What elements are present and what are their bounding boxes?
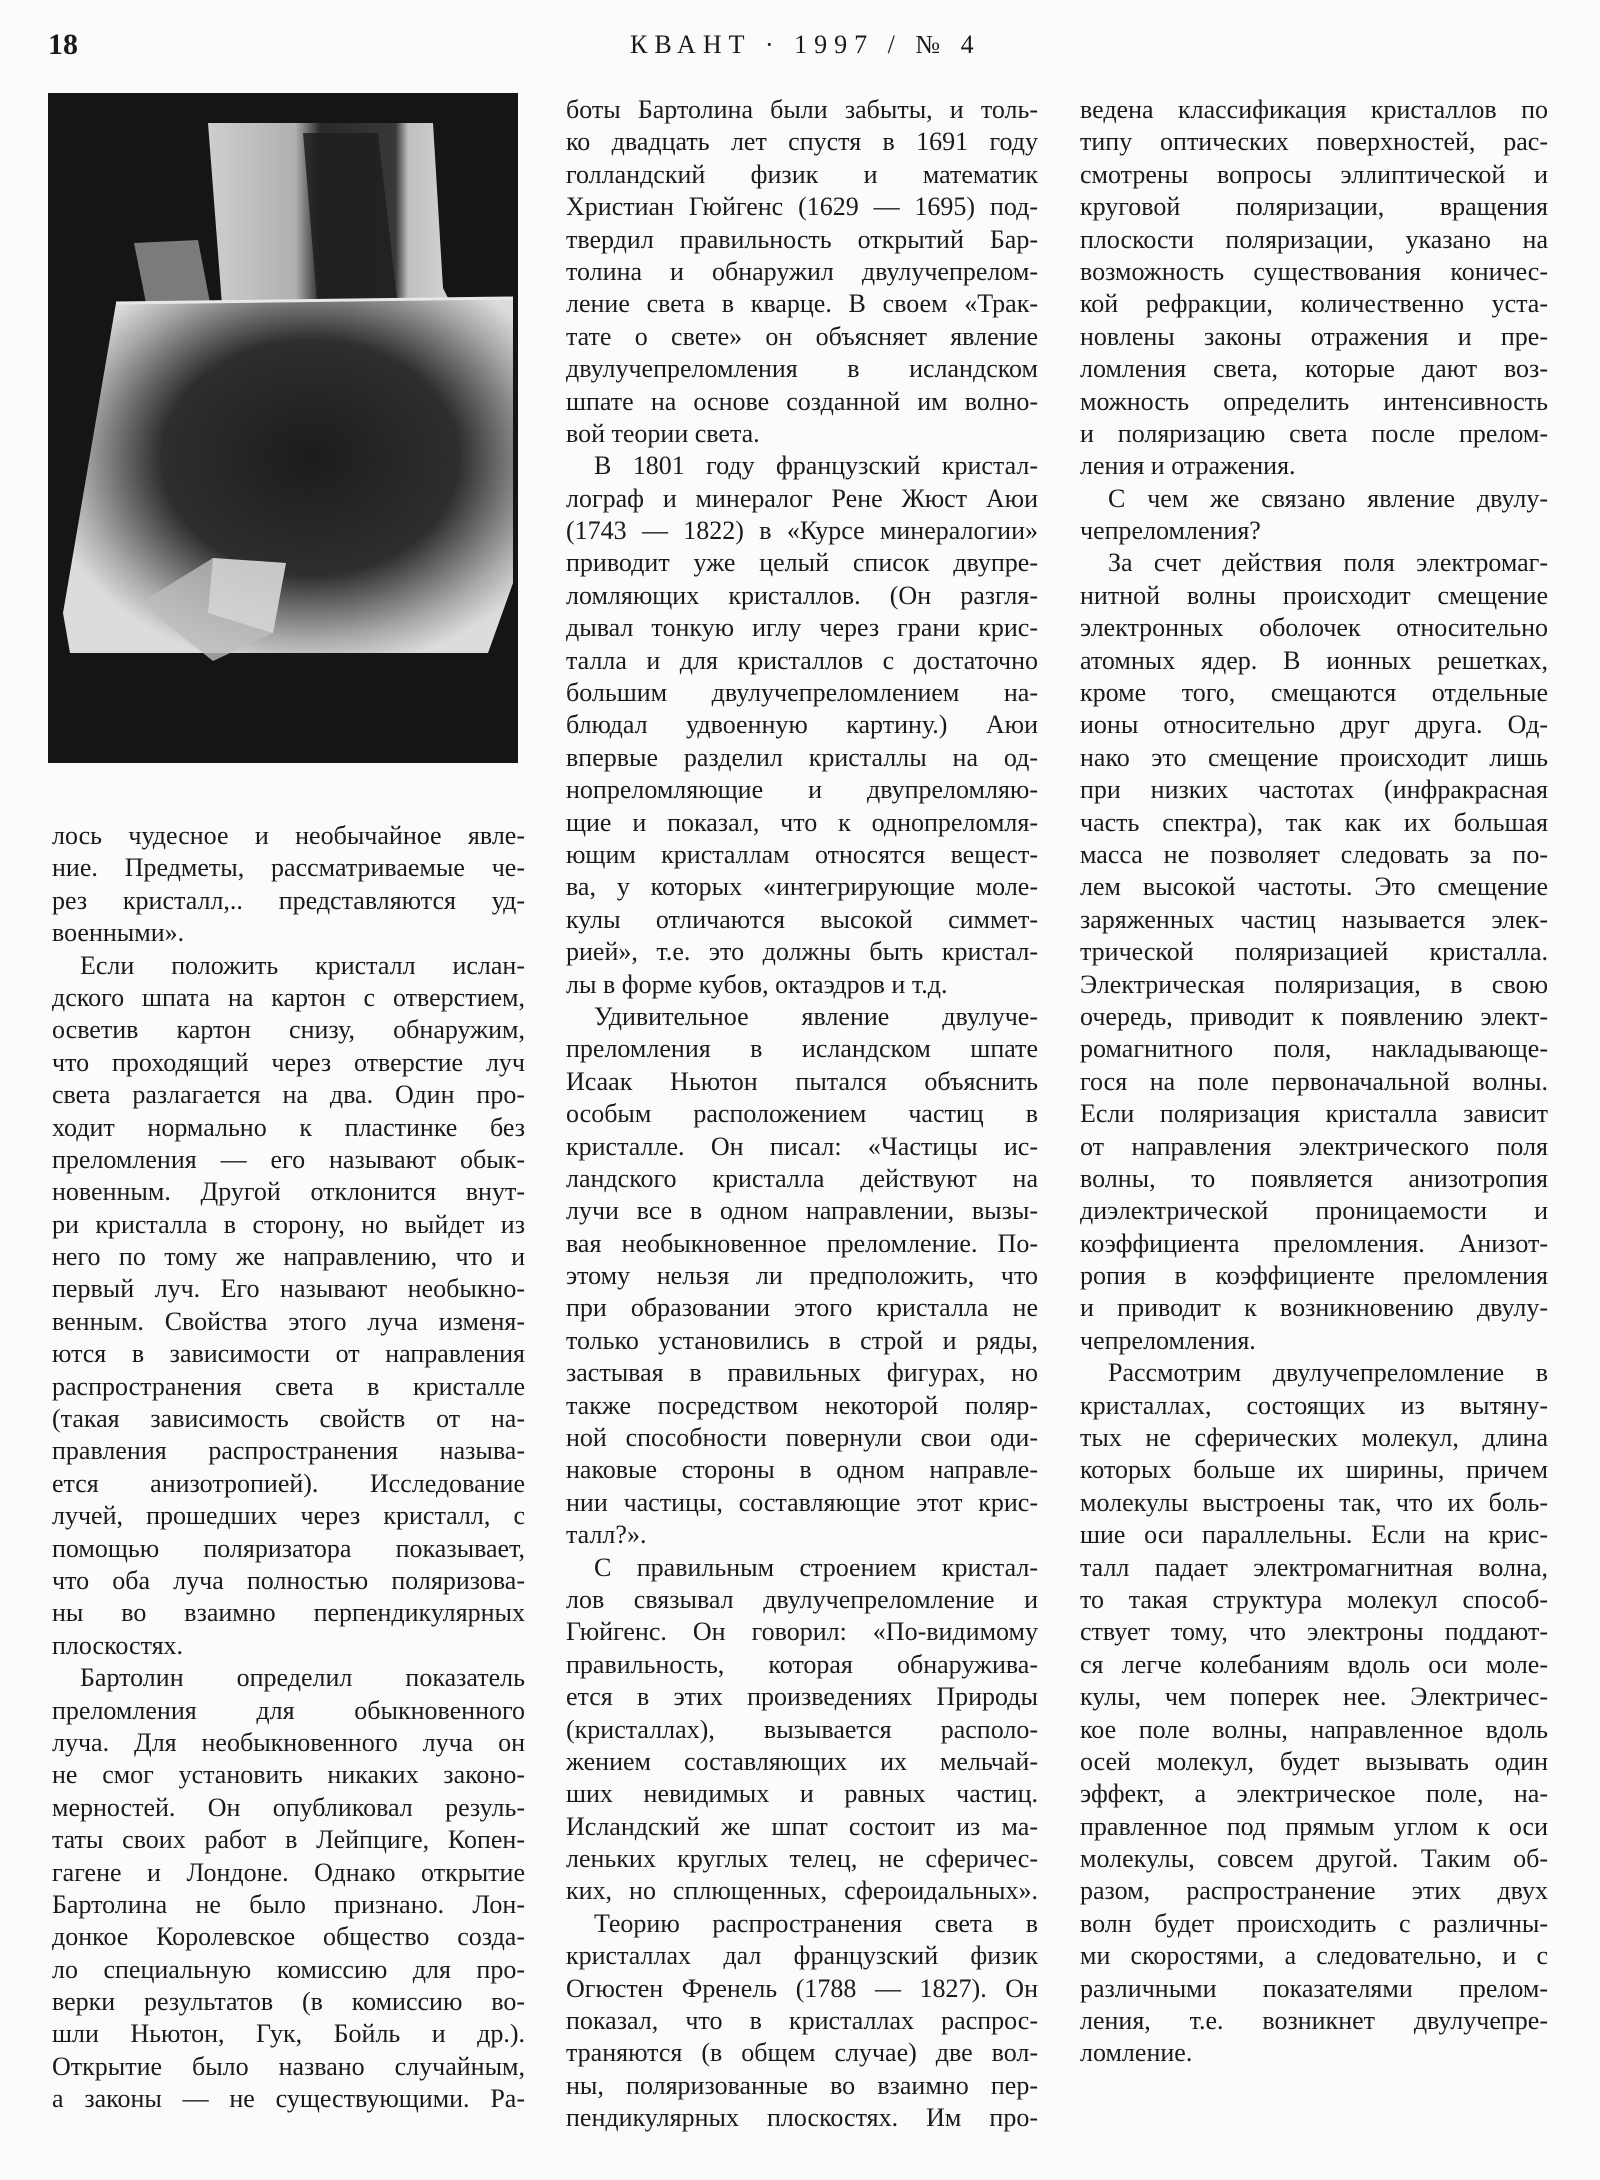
- text-line: преломления для обыкновенного: [52, 1695, 525, 1727]
- text-line: возможность существования коничес-: [1080, 256, 1548, 288]
- text-line: электронных оболочек относительно: [1080, 612, 1548, 644]
- text-line: света разлагается на два. Один про-: [52, 1079, 525, 1111]
- text-line: ления и отражения.: [1080, 450, 1548, 482]
- text-line: кое поле волны, направленное вдоль: [1080, 1714, 1548, 1746]
- text-line: боты Бартолина были забыты, и толь-: [566, 94, 1038, 126]
- text-line: венным. Свойства этого луча изменя-: [52, 1306, 525, 1338]
- text-line: при низких частотах (инфракрасная: [1080, 774, 1548, 806]
- text-line: только установились в строй и ряды,: [566, 1325, 1038, 1357]
- text-line: лось чудесное и необычайное явле-: [52, 820, 525, 852]
- text-line: ломляющих кристаллов. (Он разгля-: [566, 580, 1038, 612]
- text-line: трической поляризацией кристалла.: [1080, 936, 1548, 968]
- text-line: Бартолина не было признано. Лон-: [52, 1889, 525, 1921]
- text-line: коэффициента преломления. Анизот-: [1080, 1228, 1548, 1260]
- text-line: эффект, а электрическое поле, на-: [1080, 1778, 1548, 1810]
- text-line: толина и обнаружил двулучепрелом-: [566, 256, 1038, 288]
- text-line: ко двадцать лет спустя в 1691 году: [566, 126, 1038, 158]
- text-line: можность определить интенсивность: [1080, 386, 1548, 418]
- text-line: шпате на основе созданной им волно-: [566, 386, 1038, 418]
- running-head: КВАНТ · 1997 / № 4: [630, 30, 970, 60]
- text-line: новенным. Другой отклонится внут-: [52, 1176, 525, 1208]
- column-left: лось чудесное и необычайное явле-ние. Пр…: [52, 820, 525, 2116]
- text-line: вой теории света.: [566, 418, 1038, 450]
- text-line: тате о свете» он объясняет явление: [566, 321, 1038, 353]
- text-line: особым расположением частиц в: [566, 1098, 1038, 1130]
- text-line: диэлектрической проницаемости и: [1080, 1195, 1548, 1227]
- text-line: ствует тому, что электроны поддают-: [1080, 1616, 1548, 1648]
- text-line: донкое Королевское общество созда-: [52, 1921, 525, 1953]
- text-line: преломления — его называют обык-: [52, 1144, 525, 1176]
- text-line: ются в зависимости от направления: [52, 1338, 525, 1370]
- text-line: ких, но сплющенных, сфероидальных».: [566, 1875, 1038, 1907]
- text-line: а законы — не существующими. Ра-: [52, 2083, 525, 2115]
- text-line: нитной волны происходит смещение: [1080, 580, 1548, 612]
- text-line: ся легче колебаниям вдоль оси моле-: [1080, 1649, 1548, 1681]
- text-line: Рассмотрим двулучепреломление в: [1080, 1357, 1548, 1389]
- text-line: ми скоростями, а следовательно, и с: [1080, 1940, 1548, 1972]
- text-line: Исаак Ньютон пытался объяснить: [566, 1066, 1038, 1098]
- text-line: ломления света, которые дают воз-: [1080, 353, 1548, 385]
- text-line: (такая зависимость свойств от на-: [52, 1403, 525, 1435]
- crystal-photo: [48, 93, 518, 763]
- text-line: типу оптических поверхностей, рас-: [1080, 126, 1548, 158]
- text-line: ландского кристалла действуют на: [566, 1163, 1038, 1195]
- text-line: голландский физик и математик: [566, 159, 1038, 191]
- text-line: твердил правильность открытий Бар-: [566, 224, 1038, 256]
- column-middle: боты Бартолина были забыты, и толь-ко дв…: [566, 94, 1038, 2135]
- text-line: большим двулучепреломлением на-: [566, 677, 1038, 709]
- text-line: луча. Для необыкновенного луча он: [52, 1727, 525, 1759]
- text-line: ходит нормально к пластинке без: [52, 1112, 525, 1144]
- text-line: дывал тонкую иглу через грани крис-: [566, 612, 1038, 644]
- text-line: Гюйгенс. Он говорил: «По-видимому: [566, 1616, 1038, 1648]
- text-line: ющим кристаллам относятся вещест-: [566, 839, 1038, 871]
- text-line: военными».: [52, 917, 525, 949]
- text-line: которых больше их ширины, причем: [1080, 1454, 1548, 1486]
- text-line: то такая структура молекул способ-: [1080, 1584, 1548, 1616]
- text-line: молекулы выстроены так, что их боль-: [1080, 1487, 1548, 1519]
- text-line: что оба луча полностью поляризова-: [52, 1565, 525, 1597]
- text-line: гагене и Лондоне. Однако открытие: [52, 1857, 525, 1889]
- text-line: масса не позволяет следовать за по-: [1080, 839, 1548, 871]
- text-line: Открытие было названо случайным,: [52, 2051, 525, 2083]
- text-line: заряженных частиц называется элек-: [1080, 904, 1548, 936]
- text-line: лучи все в одном направлении, вызы-: [566, 1195, 1038, 1227]
- text-line: нии частицы, составляющие этот крис-: [566, 1487, 1038, 1519]
- text-line: молекулы, совсем другой. Таким об-: [1080, 1843, 1548, 1875]
- text-line: что проходящий через отверстие луч: [52, 1047, 525, 1079]
- text-line: Христиан Гюйгенс (1629 — 1695) под-: [566, 191, 1038, 223]
- text-line: очередь, приводит к появлению элект-: [1080, 1001, 1548, 1033]
- text-line: наковые стороны в одном направле-: [566, 1454, 1038, 1486]
- text-line: вая необыкновенное преломление. По-: [566, 1228, 1038, 1260]
- text-line: чепреломления?: [1080, 515, 1548, 547]
- text-line: правления распространения называ-: [52, 1435, 525, 1467]
- text-line: Если положить кристалл ислан-: [52, 950, 525, 982]
- text-line: ление света в кварце. В своем «Трак-: [566, 288, 1038, 320]
- text-line: ва, у которых «интегрирующие моле-: [566, 871, 1038, 903]
- text-line: Огюстен Френель (1788 — 1827). Он: [566, 1973, 1038, 2005]
- text-line: него по тому же направлению, что и: [52, 1241, 525, 1273]
- text-line: кулы, чем поперек нее. Электричес-: [1080, 1681, 1548, 1713]
- text-line: атомных ядер. В ионных решетках,: [1080, 645, 1548, 677]
- text-line: щие и показал, что к однопреломля-: [566, 807, 1038, 839]
- text-line: блюдал удвоенную картину.) Аюи: [566, 709, 1038, 741]
- text-line: этому нельзя ли предположить, что: [566, 1260, 1038, 1292]
- text-line: Удивительное явление двулуче-: [566, 1001, 1038, 1033]
- text-line: часть спектра), так как их большая: [1080, 807, 1548, 839]
- text-line: кулы отличаются высокой симмет-: [566, 904, 1038, 936]
- text-line: леньких круглых телец, не сферичес-: [566, 1843, 1038, 1875]
- text-line: застывая в правильных фигурах, но: [566, 1357, 1038, 1389]
- text-line: талл?».: [566, 1519, 1038, 1551]
- text-line: ропия в коэффициенте преломления: [1080, 1260, 1548, 1292]
- text-line: чепреломления.: [1080, 1325, 1548, 1357]
- text-line: Исландский же шпат состоит из ма-: [566, 1811, 1038, 1843]
- text-line: нопреломляющие и двупреломляю-: [566, 774, 1038, 806]
- text-line: (кристаллах), вызывается располо-: [566, 1714, 1038, 1746]
- page-number: 18: [48, 28, 78, 62]
- text-line: ны, поляризованные во взаимно пер-: [566, 2070, 1038, 2102]
- text-line: С чем же связано явление двулу-: [1080, 483, 1548, 515]
- text-line: кристалле. Он писал: «Частицы ис-: [566, 1131, 1038, 1163]
- text-line: ромагнитного поля, накладывающе-: [1080, 1033, 1548, 1065]
- text-line: приводит уже целый список двупре-: [566, 547, 1038, 579]
- text-line: и приводит к возникновению двулу-: [1080, 1292, 1548, 1324]
- text-line: ионы относительно друг друга. Од-: [1080, 709, 1548, 741]
- text-line: кристаллах дал французский физик: [566, 1940, 1038, 1972]
- text-line: ломление.: [1080, 2037, 1548, 2069]
- text-line: показал, что в кристаллах распрос-: [566, 2005, 1038, 2037]
- text-line: разом, распространение этих двух: [1080, 1875, 1548, 1907]
- text-line: лов связывал двулучепреломление и: [566, 1584, 1038, 1616]
- crystal-photo-image: [48, 93, 518, 763]
- text-line: Бартолин определил показатель: [52, 1662, 525, 1694]
- text-line: тых не сферических молекул, длина: [1080, 1422, 1548, 1454]
- text-line: ри кристалла в сторону, но выйдет из: [52, 1209, 525, 1241]
- text-line: ется в этих произведениях Природы: [566, 1681, 1038, 1713]
- text-line: пендикулярных плоскостях. Им про-: [566, 2102, 1038, 2134]
- text-line: ной способности повернули свои оди-: [566, 1422, 1038, 1454]
- text-line: лы в форме кубов, октаэдров и т.д.: [566, 969, 1038, 1001]
- text-line: ние. Предметы, рассматриваемые че-: [52, 852, 525, 884]
- text-line: За счет действия поля электромаг-: [1080, 547, 1548, 579]
- text-line: мерностей. Он опубликовал резуль-: [52, 1792, 525, 1824]
- text-line: волны, то появляется анизотропия: [1080, 1163, 1548, 1195]
- text-line: лучей, прошедших через кристалл, с: [52, 1500, 525, 1532]
- text-line: шие оси параллельны. Если на крис-: [1080, 1519, 1548, 1551]
- text-line: плоскости поляризации, указано на: [1080, 224, 1548, 256]
- text-line: и поляризацию света после прелом-: [1080, 418, 1548, 450]
- text-line: ны во взаимно перпендикулярных: [52, 1597, 525, 1629]
- text-line: кой рефракции, количественно уста-: [1080, 288, 1548, 320]
- text-line: шли Ньютон, Гук, Бойль и др.).: [52, 2018, 525, 2050]
- text-line: гося на поле первоначальной волны.: [1080, 1066, 1548, 1098]
- text-line: талл падает электромагнитная волна,: [1080, 1552, 1548, 1584]
- text-line: осей молекул, будет вызывать один: [1080, 1746, 1548, 1778]
- text-line: дского шпата на картон с отверстием,: [52, 982, 525, 1014]
- text-line: С правильным строением кристал-: [566, 1552, 1038, 1584]
- text-line: В 1801 году французский кристал-: [566, 450, 1038, 482]
- text-line: ется анизотропией). Исследование: [52, 1468, 525, 1500]
- text-line: первый луч. Его называют необыкно-: [52, 1273, 525, 1305]
- text-line: круговой поляризации, вращения: [1080, 191, 1548, 223]
- text-line: различными показателями прелом-: [1080, 1973, 1548, 2005]
- text-line: кристаллах, состоящих из вытяну-: [1080, 1390, 1548, 1422]
- text-line: таты своих работ в Лейпциге, Копен-: [52, 1824, 525, 1856]
- text-line: жением составляющих их мельчай-: [566, 1746, 1038, 1778]
- text-line: ло специальную комиссию для про-: [52, 1954, 525, 1986]
- text-line: траняются (в общем случае) две вол-: [566, 2037, 1038, 2069]
- text-line: двулучепреломления в исландском: [566, 353, 1038, 385]
- column-right: ведена классификация кристаллов потипу о…: [1080, 94, 1548, 2070]
- text-line: кроме того, смещаются отдельные: [1080, 677, 1548, 709]
- text-line: помощью поляризатора показывает,: [52, 1533, 525, 1565]
- text-line: верки результатов (в комиссию во-: [52, 1986, 525, 2018]
- text-line: впервые разделил кристаллы на од-: [566, 742, 1038, 774]
- text-line: рез кристалл,.. представляются уд-: [52, 885, 525, 917]
- text-line: волн будет происходить с различны-: [1080, 1908, 1548, 1940]
- text-line: не смог установить никаких законо-: [52, 1759, 525, 1791]
- text-line: лем высокой частоты. Это смещение: [1080, 871, 1548, 903]
- text-line: рией», т.е. это должны быть кристал-: [566, 936, 1038, 968]
- text-line: при образовании этого кристалла не: [566, 1292, 1038, 1324]
- text-line: лограф и минералог Рене Жюст Аюи: [566, 483, 1038, 515]
- text-line: Электрическая поляризация, в свою: [1080, 969, 1548, 1001]
- text-line: Если поляризация кристалла зависит: [1080, 1098, 1548, 1130]
- text-line: нако это смещение происходит лишь: [1080, 742, 1548, 774]
- text-line: новлены законы отражения и пре-: [1080, 321, 1548, 353]
- text-line: Теорию распространения света в: [566, 1908, 1038, 1940]
- text-line: плоскостях.: [52, 1630, 525, 1662]
- text-line: (1743 — 1822) в «Курсе минералогии»: [566, 515, 1038, 547]
- text-line: смотрены вопросы эллиптической и: [1080, 159, 1548, 191]
- text-line: от направления электрического поля: [1080, 1131, 1548, 1163]
- text-line: распространения света в кристалле: [52, 1371, 525, 1403]
- text-line: осветив картон снизу, обнаружим,: [52, 1014, 525, 1046]
- text-line: талла и для кристаллов с достаточно: [566, 645, 1038, 677]
- text-line: правленное под прямым углом к оси: [1080, 1811, 1548, 1843]
- text-line: ших невидимых и равных частиц.: [566, 1778, 1038, 1810]
- text-line: ведена классификация кристаллов по: [1080, 94, 1548, 126]
- text-line: также посредством некоторой поляр-: [566, 1390, 1038, 1422]
- text-line: правильность, которая обнаружива-: [566, 1649, 1038, 1681]
- text-line: преломления в исландском шпате: [566, 1033, 1038, 1065]
- text-line: ления, т.е. возникнет двулучепре-: [1080, 2005, 1548, 2037]
